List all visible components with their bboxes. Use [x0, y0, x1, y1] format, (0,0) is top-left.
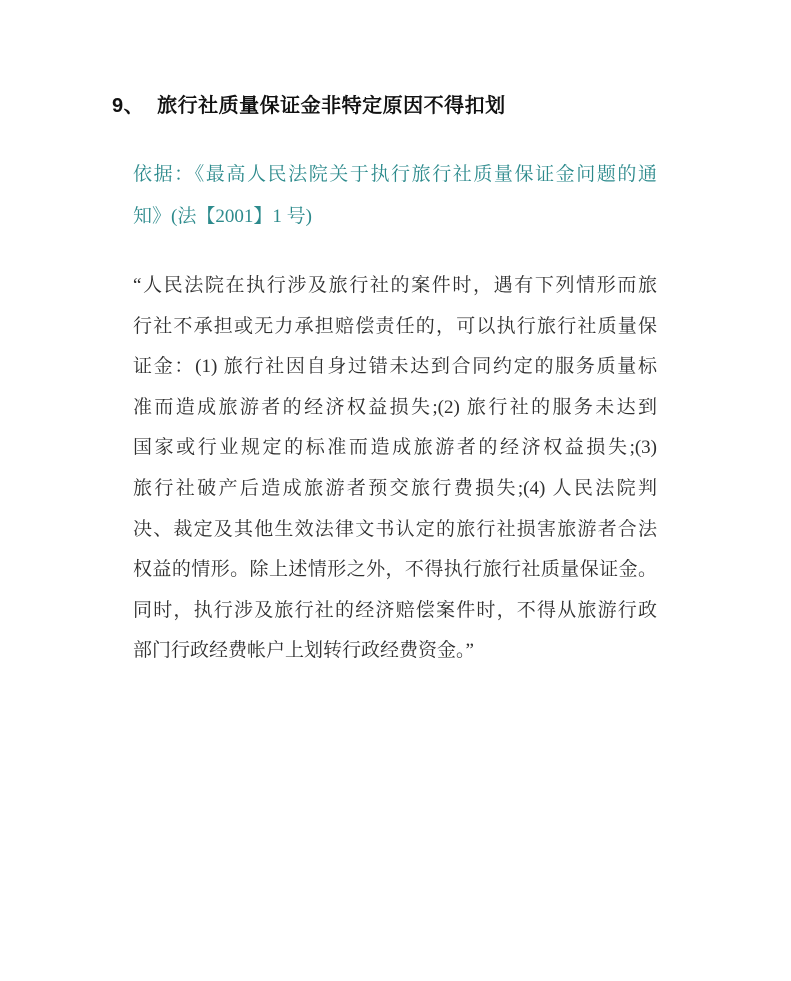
body-line-3: 证金：(1) 旅行社因自身过错未达到合同约定的服务质量标 — [133, 347, 657, 388]
body-line-10: 部门行政经费帐户上划转行政经费资金。” — [133, 631, 657, 672]
body-line-4: 准而造成旅游者的经济权益损失;(2) 旅行社的服务未达到 — [133, 388, 657, 429]
body-line-8: 权益的情形。除上述情形之外，不得执行旅行社质量保证金。 — [133, 550, 657, 591]
body-line-5: 国家或行业规定的标准而造成旅游者的经济权益损失;(3) — [133, 428, 657, 469]
citation-line-1: 依据：《最高人民法院关于执行旅行社质量保证金问题的通 — [133, 154, 657, 196]
citation-line-2: 知》(法【2001】1 号) — [133, 196, 657, 238]
body-line-7: 决、裁定及其他生效法律文书认定的旅行社损害旅游者合法 — [133, 510, 657, 551]
body-line-1: “人民法院在执行涉及旅行社的案件时，遇有下列情形而旅 — [133, 266, 657, 307]
document-page: 9、 旅行社质量保证金非特定原因不得扣划 依据：《最高人民法院关于执行旅行社质量… — [0, 0, 791, 981]
section-heading: 9、 旅行社质量保证金非特定原因不得扣划 — [112, 94, 506, 118]
section-title: 旅行社质量保证金非特定原因不得扣划 — [157, 94, 506, 118]
body-line-9: 同时，执行涉及旅行社的经济赔偿案件时，不得从旅游行政 — [133, 591, 657, 632]
body-line-6: 旅行社破产后造成旅游者预交旅行费损失;(4) 人民法院判 — [133, 469, 657, 510]
section-number: 9、 — [112, 94, 144, 118]
body-paragraph: “人民法院在执行涉及旅行社的案件时，遇有下列情形而旅 行社不承担或无力承担赔偿责… — [133, 266, 657, 672]
body-line-2: 行社不承担或无力承担赔偿责任的，可以执行旅行社质量保 — [133, 307, 657, 348]
citation-paragraph: 依据：《最高人民法院关于执行旅行社质量保证金问题的通 知》(法【2001】1 号… — [133, 154, 657, 238]
